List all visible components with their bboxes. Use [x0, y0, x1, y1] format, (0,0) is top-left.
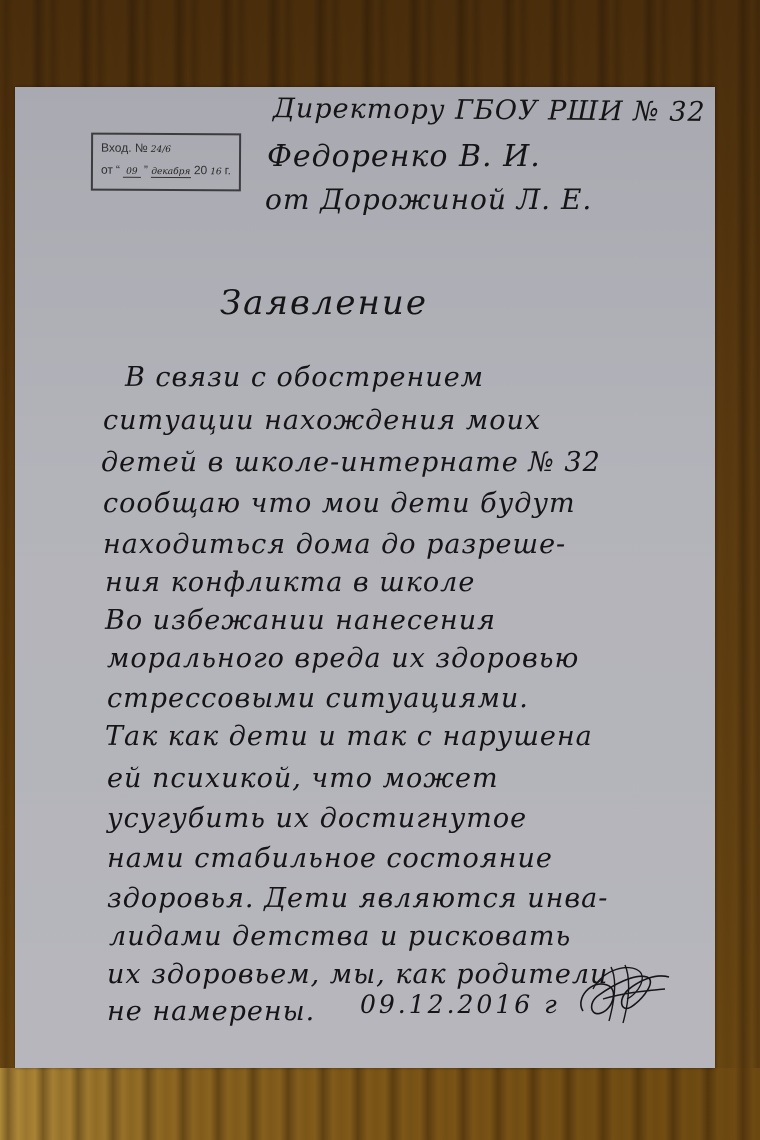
stamp-year-prefix: 20	[194, 163, 207, 177]
body-line: стрессовыми ситуациями.	[107, 683, 529, 714]
desk-surface	[0, 1068, 760, 1140]
body-line: лидами детства и рисковать	[109, 921, 571, 952]
document-date: 09.12.2016 г	[360, 990, 560, 1019]
body-line: усугубить их достигнутое	[107, 803, 527, 834]
body-line: ситуации нахождения моих	[103, 405, 541, 436]
stamp-year-suffix: 16	[210, 167, 222, 177]
addressee-line: Директору ГБОУ РШИ № 32	[273, 93, 706, 128]
body-line: нами стабильное состояние	[107, 843, 553, 874]
body-line: Так как дети и так с нарушена	[105, 721, 593, 752]
body-line: сообщаю что мои дети будут	[103, 488, 576, 519]
stamp-from-label: от	[101, 163, 113, 177]
body-line: морального вреда их здоровью	[107, 643, 579, 674]
addressee-name: Федоренко В. И.	[267, 139, 541, 174]
signature-icon	[573, 959, 673, 1025]
body-line: их здоровьем, мы, как родители	[107, 959, 608, 990]
body-line: ей психикой, что может	[107, 763, 499, 794]
body-line: не намерены.	[107, 996, 315, 1027]
body-line: детей в школе-интернате № 32	[101, 447, 601, 478]
incoming-registration-stamp: Вход. № 24/6 от “09” декабря 2016 г.	[91, 133, 241, 192]
body-line: Во избежании нанесения	[105, 605, 496, 636]
body-line: ния конфликта в школе	[105, 567, 475, 598]
stamp-incoming-label: Вход. №	[101, 141, 148, 155]
body-line: В связи с обострением	[125, 362, 484, 393]
document-title: Заявление	[220, 283, 428, 323]
stamp-year-unit: г.	[225, 163, 231, 177]
stamp-month: декабря	[151, 167, 191, 178]
stamp-incoming-number: 24/6	[151, 145, 171, 155]
sender-line: от Дорожиной Л. Е.	[265, 183, 592, 216]
body-line: здоровья. Дети являются инва-	[107, 883, 608, 914]
application-document: Вход. № 24/6 от “09” декабря 2016 г. Дир…	[15, 87, 715, 1068]
stamp-day: 09	[123, 167, 141, 178]
body-line: находиться дома до разреше-	[103, 529, 566, 560]
